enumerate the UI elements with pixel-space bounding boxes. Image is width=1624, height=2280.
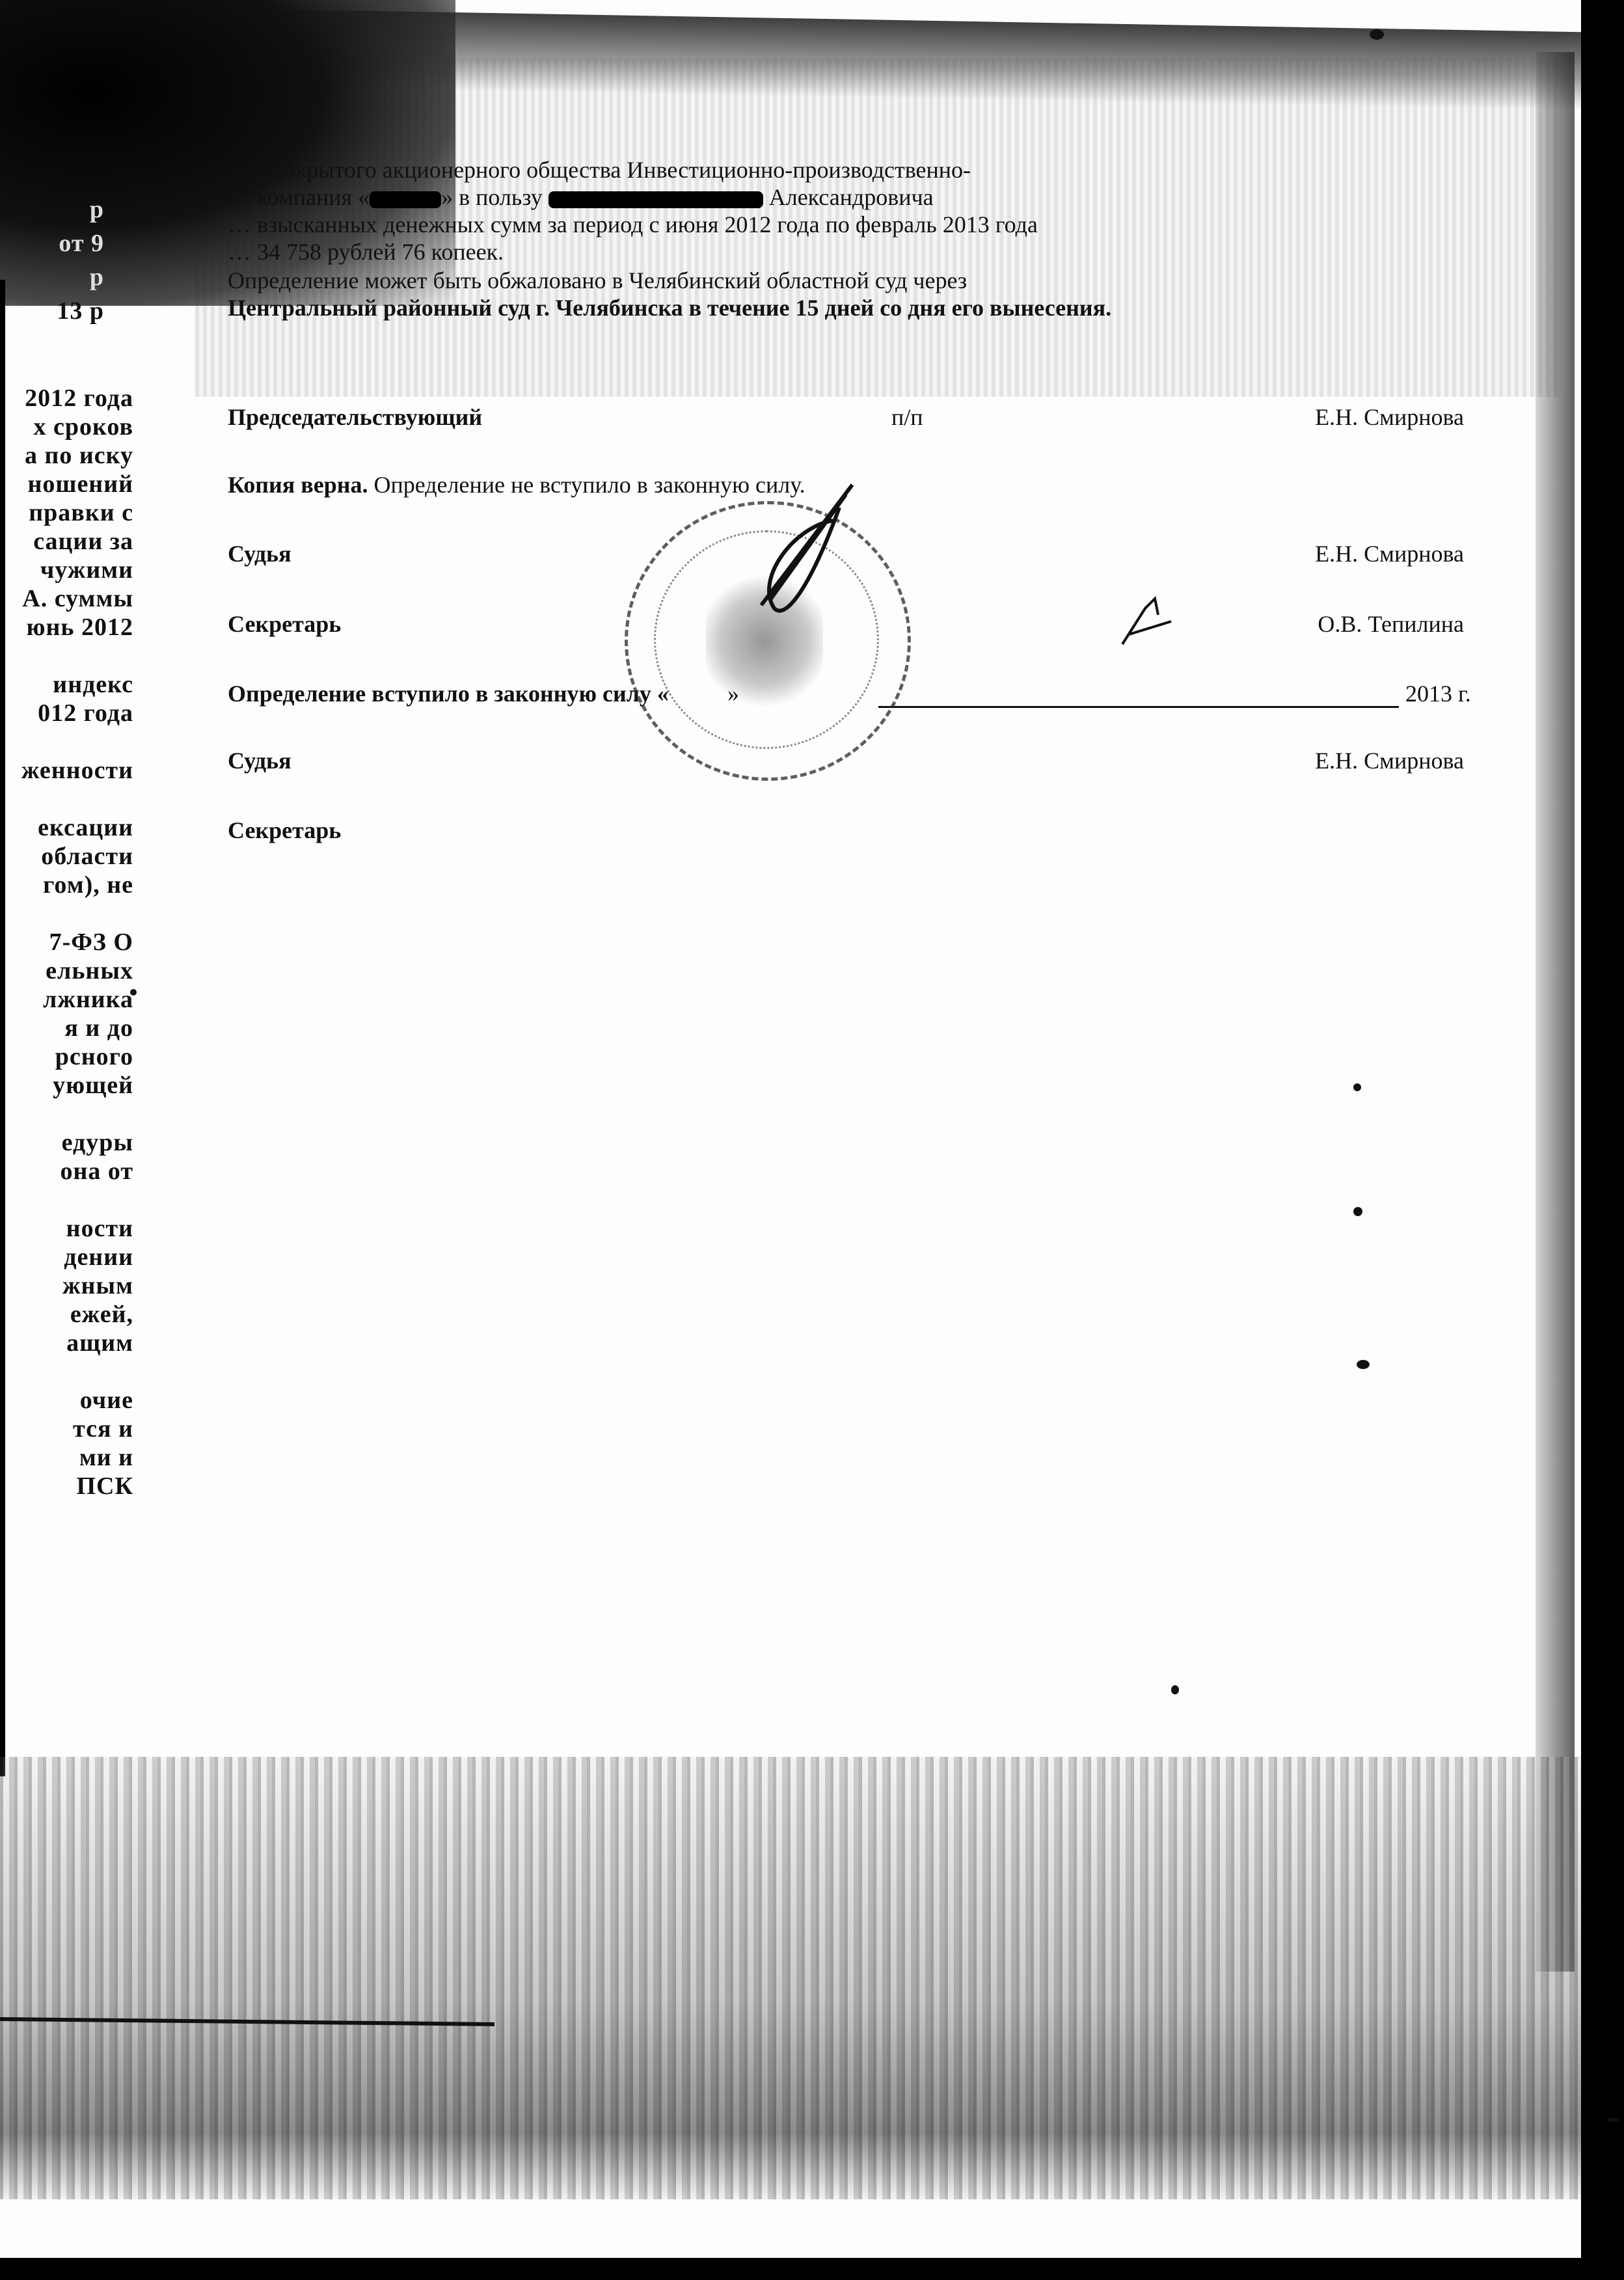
left-page-fragment: очие (0, 1386, 133, 1415)
scan-speck (1370, 29, 1384, 40)
left-page-fragment: гом), не (0, 871, 133, 899)
left-page-fragment: А. суммы (0, 584, 133, 613)
left-page-fragments-top: р от 9 р 13 р (0, 195, 104, 331)
scan-speck (1353, 1083, 1361, 1091)
scan-right-border (1581, 0, 1624, 2280)
left-page-fragment: 2012 года (0, 384, 133, 413)
left-page-fragment: области (0, 842, 133, 871)
left-page-fragment: сации за (0, 527, 133, 556)
left-page-fragment (0, 785, 133, 813)
scan-speck (1607, 2118, 1619, 2122)
scan-bottom-streaks (0, 1757, 1581, 2199)
left-page-fragment: чужими (0, 556, 133, 584)
scan-speck (1171, 1685, 1179, 1694)
left-page-fragment: рсного (0, 1042, 133, 1071)
left-page-fragment: ующей (0, 1071, 133, 1100)
left-page-fragment: ми и (0, 1443, 133, 1472)
left-page-fragment: ежей, (0, 1300, 133, 1329)
redaction-company (370, 191, 441, 208)
left-page-fragment: тся и (0, 1415, 133, 1443)
left-page-fragment (0, 1100, 133, 1128)
left-page-fragment: дении (0, 1243, 133, 1271)
left-page-fragment: ащим (0, 1329, 133, 1357)
left-page-fragment (0, 642, 133, 670)
copy-certification: Копия верна. Определение не вступило в з… (228, 471, 805, 498)
left-page-fragment (0, 727, 133, 756)
left-page-fragment: ношений (0, 470, 133, 498)
ruling-text: … с Закрытого акционерного общества Инве… (228, 156, 1470, 321)
redaction-person (548, 191, 763, 208)
left-page-fragment (0, 899, 133, 928)
scan-right-shadow (1536, 52, 1575, 1972)
left-page-fragment: правки с (0, 498, 133, 527)
left-page-fragment: я и до (0, 1014, 133, 1042)
date-blank-line (878, 706, 1399, 708)
left-page-fragment (0, 1357, 133, 1386)
left-page-fragment: юнь 2012 (0, 613, 133, 642)
paragraph-2: Определение может быть обжаловано в Челя… (228, 267, 1470, 321)
left-page-fragment: ности (0, 1214, 133, 1243)
left-page-fragment: жным (0, 1271, 133, 1300)
scan-speck (1357, 1360, 1370, 1369)
left-page-fragment: лжника (0, 985, 133, 1014)
left-page-fragment: индекс (0, 670, 133, 699)
left-page-fragment (0, 1186, 133, 1214)
scan-bottom-border (0, 2258, 1624, 2280)
left-page-fragment: она от (0, 1157, 133, 1186)
scan-speck (130, 989, 137, 996)
left-page-fragments: 2012 годах срокова по искуношенийправки … (0, 384, 133, 1500)
paragraph-1: … с Закрытого акционерного общества Инве… (228, 156, 1470, 265)
left-page-fragment: х сроков (0, 413, 133, 441)
left-page-fragment: ельных (0, 957, 133, 985)
secretary-signature-icon (1119, 595, 1178, 647)
left-page-fragment: 012 года (0, 699, 133, 727)
left-page-fragment: 7-ФЗ О (0, 928, 133, 957)
left-page-fragment: ПСК (0, 1472, 133, 1500)
left-page-fragment: женности (0, 756, 133, 785)
left-page-fragment: а по иску (0, 441, 133, 470)
left-page-fragment: едуры (0, 1128, 133, 1157)
judge-signature-icon (735, 482, 865, 625)
left-page-fragment: ексации (0, 813, 133, 842)
scan-speck (1353, 1207, 1362, 1216)
